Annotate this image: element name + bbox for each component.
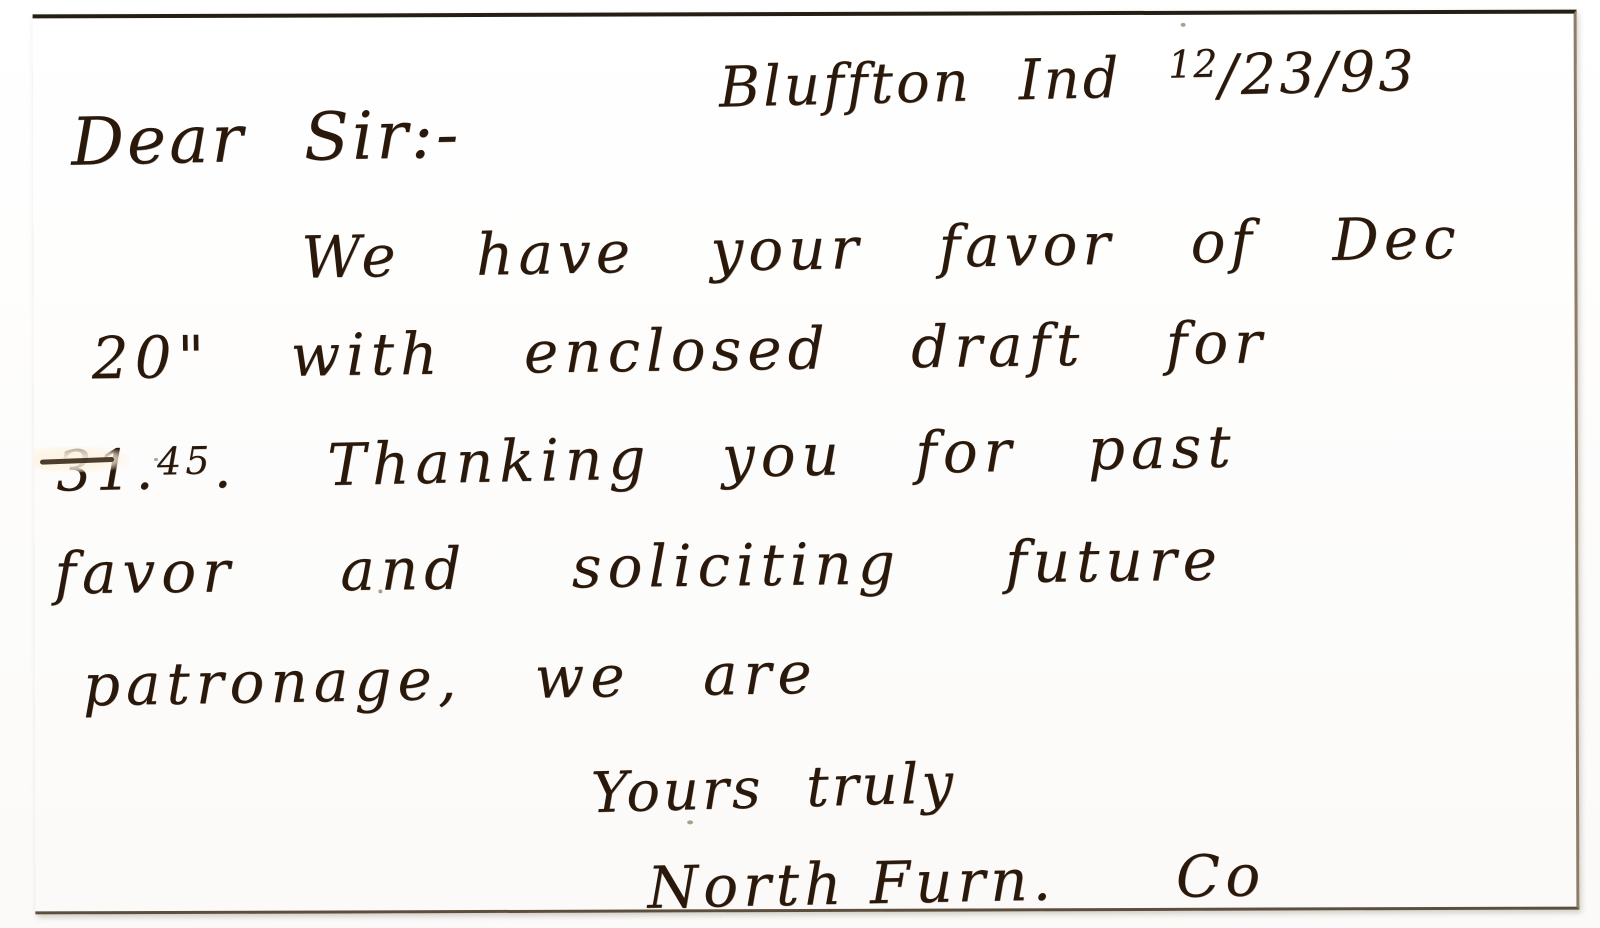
body-line-3-rest: Thanking you for past [327, 412, 1238, 499]
paper-speck [154, 458, 158, 461]
signature: North Furn.Co [647, 841, 1266, 922]
dateline: Bluffton Ind 12/23/93 [718, 37, 1418, 121]
salutation: Dear Sir:- [70, 96, 462, 181]
draft-amount-period: . [213, 436, 236, 501]
body-line-4: favor and soliciting future [54, 526, 1223, 608]
paper-tear [34, 446, 130, 472]
paper-speck [1181, 23, 1186, 27]
dateline-day-year: 23/93 [1240, 39, 1418, 108]
paper-speck [687, 820, 693, 824]
dateline-month: 12 [1167, 42, 1218, 87]
paper-speck [378, 589, 382, 593]
scan-background: Bluffton Ind 12/23/93 Dear Sir:- We have… [0, 0, 1600, 928]
signature-suffix: Co [1175, 841, 1266, 911]
body-line-2: 20" with enclosed draft for [91, 308, 1268, 392]
dateline-place: Bluffton Ind [718, 46, 1122, 121]
body-line-1: We have your favor of Dec [301, 204, 1461, 292]
postcard: Bluffton Ind 12/23/93 Dear Sir:- We have… [33, 10, 1580, 915]
body-line-5: patronage, we are [82, 639, 818, 720]
draft-amount-cents: 45 [157, 438, 214, 483]
dateline-slash: / [1218, 43, 1241, 109]
signature-name: North Furn. [647, 845, 1057, 921]
closing: Yours truly [590, 751, 957, 826]
body-line-3: 31.45.Thanking you for past [55, 412, 1237, 504]
